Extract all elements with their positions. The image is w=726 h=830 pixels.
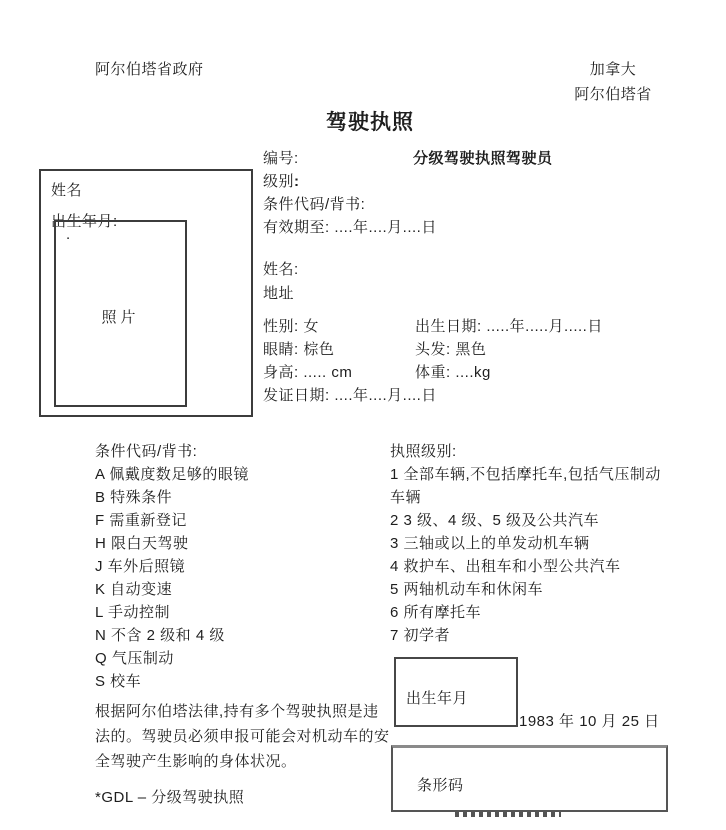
list-item: Q 气压制动 <box>95 647 249 670</box>
legal-line: 根据阿尔伯塔法律,持有多个驾驶执照是违 <box>95 699 390 724</box>
license-classes-heading: 执照级别: <box>390 440 661 463</box>
legal-line: 法的。驾驶员必须申报可能会对机动车的安 <box>95 724 390 749</box>
list-item: B 特殊条件 <box>95 486 249 509</box>
legal-paragraph: 根据阿尔伯塔法律,持有多个驾驶执照是违 法的。驾驶员必须申报可能会对机动车的安 … <box>95 699 390 774</box>
list-item: 5 两轴机动车和休闲车 <box>390 578 661 601</box>
license-class-label: 级别 <box>263 173 294 190</box>
gdl-driver-text: 分级驾驶执照驾驶员 <box>413 147 553 170</box>
sex-dob-row: 性别: 女 出生日期: .....年.....月.....日 <box>263 316 319 338</box>
birth-date-text: 1983 年 10 月 25 日 <box>519 710 660 731</box>
height-value: 身高: ..... cm <box>263 364 352 381</box>
photo-card-box: 姓名 出生年月: . 照片 <box>39 169 253 417</box>
photo-card-name-label: 姓名 <box>51 179 251 202</box>
condition-codes-heading: 条件代码/背书: <box>95 440 249 463</box>
hair-value: 头发: 黑色 <box>415 339 486 361</box>
list-item: 1 全部车辆,不包括摩托车,包括气压制动 <box>390 463 661 486</box>
eyes-hair-row: 眼睛: 棕色 头发: 黑色 <box>263 339 334 361</box>
height-weight-row: 身高: ..... cm 体重: ....kg <box>263 362 352 384</box>
license-class-colon: : <box>294 173 300 190</box>
list-item: 4 救护车、出租车和小型公共汽车 <box>390 555 661 578</box>
condition-codes-list: 条件代码/背书: A 佩戴度数足够的眼镜 B 特殊条件 F 需重新登记 H 限白… <box>95 440 249 693</box>
address-line: 地址 <box>263 283 294 305</box>
country-province-block: 加拿大 阿尔伯塔省 <box>565 57 661 107</box>
list-item: A 佩戴度数足够的眼镜 <box>95 463 249 486</box>
list-item: S 校车 <box>95 670 249 693</box>
license-number-label: 编号: <box>263 150 299 167</box>
birth-date-value: 出生日期: .....年.....月.....日 <box>415 316 603 338</box>
photo-frame-dot: . <box>66 226 71 243</box>
photo-frame: . 照片 <box>54 220 187 407</box>
country-label: 加拿大 <box>565 57 661 82</box>
name-line: 姓名: <box>263 259 299 281</box>
license-number-row: 编号: 分级驾驶执照驾驶员 <box>263 147 437 170</box>
eyes-value: 眼睛: 棕色 <box>263 341 334 358</box>
issue-date-row: 发证日期: ....年....月....日 <box>263 385 437 407</box>
photo-placeholder-label: 照片 <box>56 306 185 327</box>
list-item: 3 三轴或以上的单发动机车辆 <box>390 532 661 555</box>
list-item: J 车外后照镜 <box>95 555 249 578</box>
license-classes-list: 执照级别: 1 全部车辆,不包括摩托车,包括气压制动 车辆 2 3 级、4 级、… <box>390 440 661 647</box>
list-item: H 限白天驾驶 <box>95 532 249 555</box>
province-label: 阿尔伯塔省 <box>565 82 661 107</box>
list-item: 6 所有摩托车 <box>390 601 661 624</box>
license-info-block: 编号: 分级驾驶执照驾驶员 级别: 条件代码/背书: 有效期至: ....年..… <box>263 147 437 239</box>
weight-value: 体重: ....kg <box>415 362 491 384</box>
legal-line: 全驾驶产生影响的身体状况。 <box>95 749 390 774</box>
condition-codes-label: 条件代码/背书: <box>263 193 437 216</box>
issue-date-value: 发证日期: ....年....月....日 <box>263 387 437 404</box>
barcode-box: 条形码 <box>391 745 668 812</box>
barcode-label: 条形码 <box>417 774 464 795</box>
birth-date-box: 出生年月 <box>394 657 518 727</box>
list-item: L 手动控制 <box>95 601 249 624</box>
list-item: 车辆 <box>390 486 661 509</box>
list-item: K 自动变速 <box>95 578 249 601</box>
government-label: 阿尔伯塔省政府 <box>95 58 204 79</box>
list-item: 7 初学者 <box>390 624 661 647</box>
driver-license-document: { "header": { "government": "阿尔伯塔省政府", "… <box>0 0 726 830</box>
document-title: 驾驶执照 <box>14 106 726 136</box>
list-item: 2 3 级、4 级、5 级及公共汽车 <box>390 509 661 532</box>
list-item: F 需重新登记 <box>95 509 249 532</box>
list-item: N 不含 2 级和 4 级 <box>95 624 249 647</box>
gdl-footnote: *GDL – 分级驾驶执照 <box>95 786 244 807</box>
license-class-row: 级别: <box>263 170 437 193</box>
birth-date-box-label: 出生年月 <box>406 687 468 708</box>
scan-artifact <box>455 812 561 817</box>
sex-value: 性别: 女 <box>263 318 319 335</box>
expiry-date-line: 有效期至: ....年....月....日 <box>263 216 437 239</box>
